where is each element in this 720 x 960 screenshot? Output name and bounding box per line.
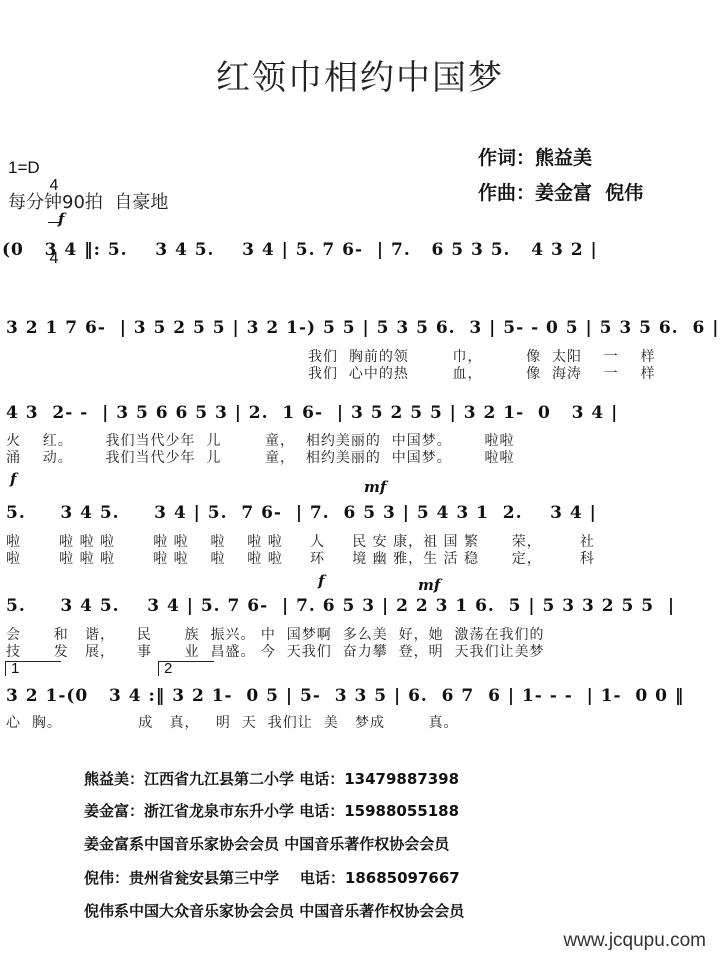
info-line-co-composer-contact: 倪伟：贵州省瓮安县第三中学 电话：18685097667: [84, 867, 460, 888]
dynamic-forte: f: [318, 572, 324, 590]
lyrics-line-4-verse-2: 啦 啦 啦 啦 啦 啦 啦 啦 啦 环 境 幽 雅，生 活 稳 定， 科: [6, 548, 595, 568]
info-line-lyricist-contact: 熊益美：江西省九江县第二小学 电话：13479887398: [84, 768, 459, 789]
score-line-6: 3 2 1-(0 3 4 :‖ 3 2 1- 0 5 | 5- 3 3 5 | …: [6, 686, 684, 706]
volta-bracket-1: 1: [5, 661, 61, 676]
volta-bracket-2: 2: [158, 661, 214, 676]
watermark-url: www.jcqupu.com: [563, 930, 706, 952]
lyrics-line-2-verse-2: 我们 心中的热 血， 像 海涛 一 样: [308, 363, 656, 383]
dynamic-forte: f: [10, 470, 16, 488]
lyrics-line-6: 心 胸。 成 真， 明 天 我们让 美 梦成 真。: [6, 712, 459, 732]
score-line-1: (0 3 4 ‖: 5. 3 4 5. 3 4 | 5. 7 6- | 7. 6…: [2, 240, 598, 260]
tempo-marking: 每分钟90拍 自豪地: [8, 188, 168, 214]
info-line-composer-contact: 姜金富：浙江省龙泉市东升小学 电话：15988055188: [84, 800, 459, 821]
dynamic-forte: f: [58, 210, 64, 228]
score-line-4: 5. 3 4 5. 3 4 | 5. 7 6- | 7. 6 5 3 | 5 4…: [6, 503, 597, 523]
volta-number-1: 1: [11, 660, 19, 677]
dynamic-mezzo-forte: mf: [418, 576, 440, 594]
info-line-composer-membership: 姜金富系中国音乐家协会会员 中国音乐著作权协会会员: [84, 833, 449, 854]
lyrics-line-3-verse-2: 涌 动。 我们当代少年 儿 童， 相约美丽的 中国梦。 啦啦: [6, 447, 515, 467]
composer-credit: 作曲：姜金富 倪伟: [478, 178, 643, 205]
score-line-5: 5. 3 4 5. 3 4 | 5. 7 6- | 7. 6 5 3 | 2 2…: [6, 596, 675, 616]
dynamic-mezzo-forte: mf: [364, 478, 386, 496]
song-title: 红领巾相约中国梦: [0, 50, 720, 99]
info-line-co-composer-membership: 倪伟系中国大众音乐家协会会员 中国音乐著作权协会会员: [84, 900, 464, 921]
score-line-3: 4 3 2- - | 3 5 6 6 5 3 | 2. 1 6- | 3 5 2…: [6, 403, 618, 423]
key-signature: 1=D: [8, 158, 40, 178]
score-line-2: 3 2 1 7 6- | 3 5 2 5 5 | 3 2 1-) 5 5 | 5…: [6, 318, 719, 338]
volta-number-2: 2: [164, 660, 172, 677]
lyricist-credit: 作词：熊益美: [478, 143, 592, 170]
lyrics-line-5-verse-2: 技 发 展， 事 业 昌盛。 今 天我们 奋力攀 登，明 天我们让美梦: [6, 641, 545, 661]
